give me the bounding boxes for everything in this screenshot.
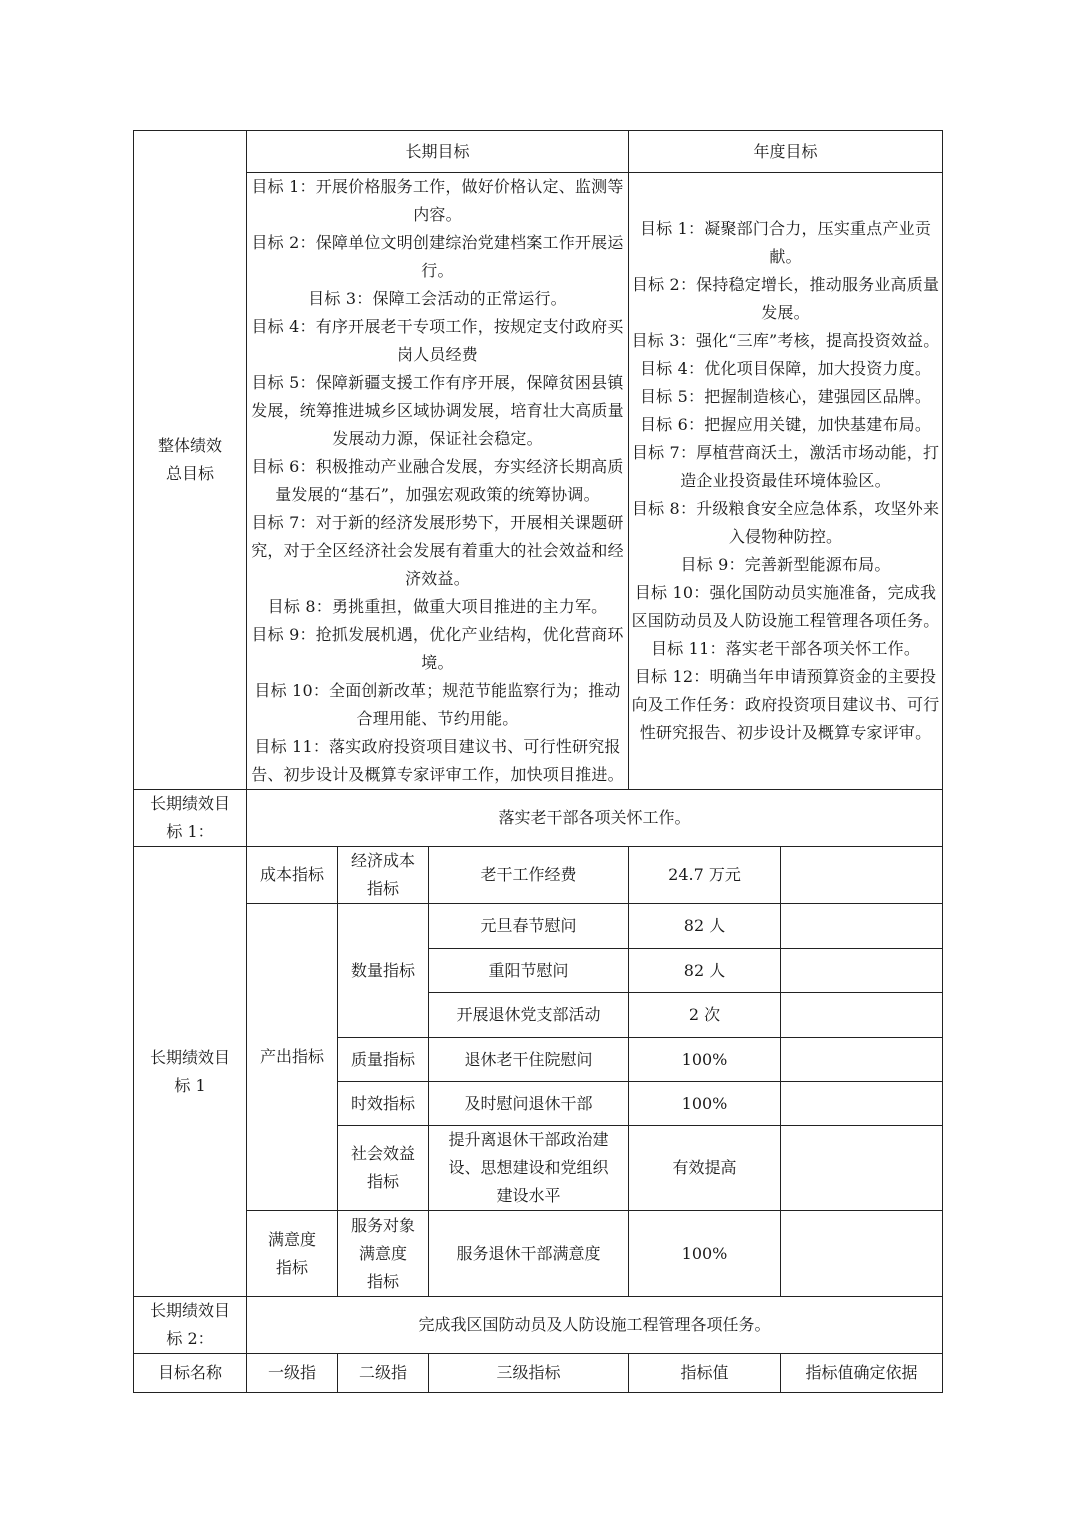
overall-goal-label: 整体绩效 总目标: [134, 131, 247, 790]
long-term-goals: 目标 1：开展价格服务工作，做好价格认定、监测等内容。 目标 2：保障单位文明创…: [247, 173, 629, 790]
indicator-row: 满意度 指标 服务对象 满意度 指标 服务退休干部满意度 100%: [134, 1211, 943, 1297]
annual-goal: 目标 6：把握应用关键，加快基建布局。: [631, 411, 940, 439]
label-line: 总目标: [166, 464, 214, 483]
indicator-value: 24.7 万元: [629, 847, 781, 904]
level3-indicator: 重阳节慰问: [429, 949, 629, 993]
level1-cost: 成本指标: [247, 847, 338, 904]
label-line: 指标: [367, 1272, 399, 1291]
long-term-header: 长期目标: [247, 131, 629, 173]
label-line: 建设水平: [497, 1186, 561, 1205]
label-line: 标 1: [174, 1076, 205, 1095]
overall-header-row: 整体绩效 总目标 长期目标 年度目标: [134, 131, 943, 173]
annual-goal: 目标 4：优化项目保障，加大投资力度。: [631, 355, 940, 383]
long-goal-1-row: 长期绩效目 标 1： 落实老干部各项关怀工作。: [134, 790, 943, 847]
label-line: 长期绩效目: [150, 794, 230, 813]
indicator-value: 82 人: [629, 904, 781, 949]
level3-indicator: 开展退休党支部活动: [429, 993, 629, 1038]
long-goal-1-label: 长期绩效目 标 1：: [134, 790, 247, 847]
indicator-basis: [781, 993, 943, 1038]
long-term-goal: 目标 6：积极推动产业融合发展，夯实经济长期高质量发展的“基石”，加强宏观政策的…: [249, 453, 626, 509]
header-level1: 一级指: [247, 1354, 338, 1393]
annual-goal: 目标 12：明确当年申请预算资金的主要投向及工作任务：政府投资项目建议书、可行性…: [631, 663, 940, 747]
indicator-basis: [781, 949, 943, 993]
indicator-basis: [781, 1038, 943, 1082]
long-term-goal: 目标 9：抢抓发展机遇，优化产业结构，优化营商环境。: [249, 621, 626, 677]
long-term-goal: 目标 10：全面创新改革；规范节能监察行为；推动合理用能、节约用能。: [249, 677, 626, 733]
annual-goal: 目标 5：把握制造核心，建强园区品牌。: [631, 383, 940, 411]
label-line: 设、思想建设和党组织: [449, 1158, 609, 1177]
header-target-name: 目标名称: [134, 1354, 247, 1393]
level2-service-satisfaction: 服务对象 满意度 指标: [338, 1211, 429, 1297]
indicator-value: 82 人: [629, 949, 781, 993]
level3-indicator: 退休老干住院慰问: [429, 1038, 629, 1082]
header-value: 指标值: [629, 1354, 781, 1393]
long-term-goal: 目标 3：保障工会活动的正常运行。: [249, 285, 626, 313]
label-line: 长期绩效目: [150, 1301, 230, 1320]
indicator-basis: [781, 1082, 943, 1126]
indicator-target-label: 长期绩效目 标 1: [134, 847, 247, 1297]
header-basis: 指标值确定依据: [781, 1354, 943, 1393]
annual-goal: 目标 7：厚植营商沃土，激活市场动能，打造企业投资最佳环境体验区。: [631, 439, 940, 495]
level2-economic-cost: 经济成本 指标: [338, 847, 429, 904]
indicator-basis: [781, 1126, 943, 1211]
level3-indicator: 元旦春节慰问: [429, 904, 629, 949]
annual-goal: 目标 3：强化“三库”考核，提高投资效益。: [631, 327, 940, 355]
indicator-value: 100%: [629, 1211, 781, 1297]
label-line: 满意度: [359, 1244, 407, 1263]
long-term-goal: 目标 7：对于新的经济发展形势下，开展相关课题研究，对于全区经济社会发展有着重大…: [249, 509, 626, 593]
header-level3: 三级指标: [429, 1354, 629, 1393]
long-term-goal: 目标 4：有序开展老干专项工作，按规定支付政府买岗人员经费: [249, 313, 626, 369]
label-line: 经济成本: [351, 851, 415, 870]
indicator-basis: [781, 1211, 943, 1297]
label-line: 指标: [276, 1258, 308, 1277]
label-line: 长期绩效目: [150, 1048, 230, 1067]
long-term-goal: 目标 8：勇挑重担，做重大项目推进的主力军。: [249, 593, 626, 621]
indicator-value: 2 次: [629, 993, 781, 1038]
level1-output: 产出指标: [247, 904, 338, 1211]
label-line: 整体绩效: [158, 436, 222, 455]
label-line: 标 1：: [166, 822, 213, 841]
annual-goals: 目标 1：凝聚部门合力，压实重点产业贡献。 目标 2：保持稳定增长，推动服务业高…: [629, 173, 943, 790]
label-line: 社会效益: [351, 1144, 415, 1163]
label-line: 提升离退休干部政治建: [449, 1130, 609, 1149]
long-term-goal: 目标 2：保障单位文明创建综治党建档案工作开展运行。: [249, 229, 626, 285]
annual-header: 年度目标: [629, 131, 943, 173]
label-line: 标 2：: [166, 1329, 213, 1348]
indicator-value: 100%: [629, 1038, 781, 1082]
column-header-row: 目标名称 一级指 二级指 三级指标 指标值 指标值确定依据: [134, 1354, 943, 1393]
annual-goal: 目标 11：落实老干部各项关怀工作。: [631, 635, 940, 663]
annual-goal: 目标 8：升级粮食安全应急体系，攻坚外来入侵物种防控。: [631, 495, 940, 551]
level3-indicator: 及时慰问退休干部: [429, 1082, 629, 1126]
performance-goals-table: 整体绩效 总目标 长期目标 年度目标 目标 1：开展价格服务工作，做好价格认定、…: [133, 130, 943, 1393]
long-term-goal: 目标 1：开展价格服务工作，做好价格认定、监测等内容。: [249, 173, 626, 229]
indicator-basis: [781, 847, 943, 904]
long-term-goal: 目标 5：保障新疆支援工作有序开展，保障贫困县镇发展，统筹推进城乡区域协调发展，…: [249, 369, 626, 453]
long-goal-1-text: 落实老干部各项关怀工作。: [247, 790, 943, 847]
overall-goals-row: 目标 1：开展价格服务工作，做好价格认定、监测等内容。 目标 2：保障单位文明创…: [134, 173, 943, 790]
indicator-row: 产出指标 数量指标 元旦春节慰问 82 人: [134, 904, 943, 949]
label-line: 指标: [367, 1172, 399, 1191]
level3-indicator: 服务退休干部满意度: [429, 1211, 629, 1297]
level2-social-benefit: 社会效益 指标: [338, 1126, 429, 1211]
indicator-value: 100%: [629, 1082, 781, 1126]
level3-indicator: 老干工作经费: [429, 847, 629, 904]
level1-satisfaction: 满意度 指标: [247, 1211, 338, 1297]
annual-goal: 目标 1：凝聚部门合力，压实重点产业贡献。: [631, 215, 940, 271]
long-goal-2-text: 完成我区国防动员及人防设施工程管理各项任务。: [247, 1297, 943, 1354]
indicator-value: 有效提高: [629, 1126, 781, 1211]
level3-indicator: 提升离退休干部政治建 设、思想建设和党组织 建设水平: [429, 1126, 629, 1211]
long-term-goal: 目标 11：落实政府投资项目建议书、可行性研究报告、初步设计及概算专家评审工作，…: [249, 733, 626, 789]
label-line: 指标: [367, 879, 399, 898]
label-line: 服务对象: [351, 1216, 415, 1235]
long-goal-2-row: 长期绩效目 标 2： 完成我区国防动员及人防设施工程管理各项任务。: [134, 1297, 943, 1354]
annual-goal: 目标 10：强化国防动员实施准备，完成我区国防动员及人防设施工程管理各项任务。: [631, 579, 940, 635]
annual-goal: 目标 2：保持稳定增长，推动服务业高质量发展。: [631, 271, 940, 327]
header-level2: 二级指: [338, 1354, 429, 1393]
level2-quality: 质量指标: [338, 1038, 429, 1082]
annual-goal: 目标 9：完善新型能源布局。: [631, 551, 940, 579]
level2-quantity: 数量指标: [338, 904, 429, 1038]
indicator-basis: [781, 904, 943, 949]
long-goal-2-label: 长期绩效目 标 2：: [134, 1297, 247, 1354]
level2-timeliness: 时效指标: [338, 1082, 429, 1126]
label-line: 满意度: [268, 1230, 316, 1249]
indicator-row: 长期绩效目 标 1 成本指标 经济成本 指标 老干工作经费 24.7 万元: [134, 847, 943, 904]
